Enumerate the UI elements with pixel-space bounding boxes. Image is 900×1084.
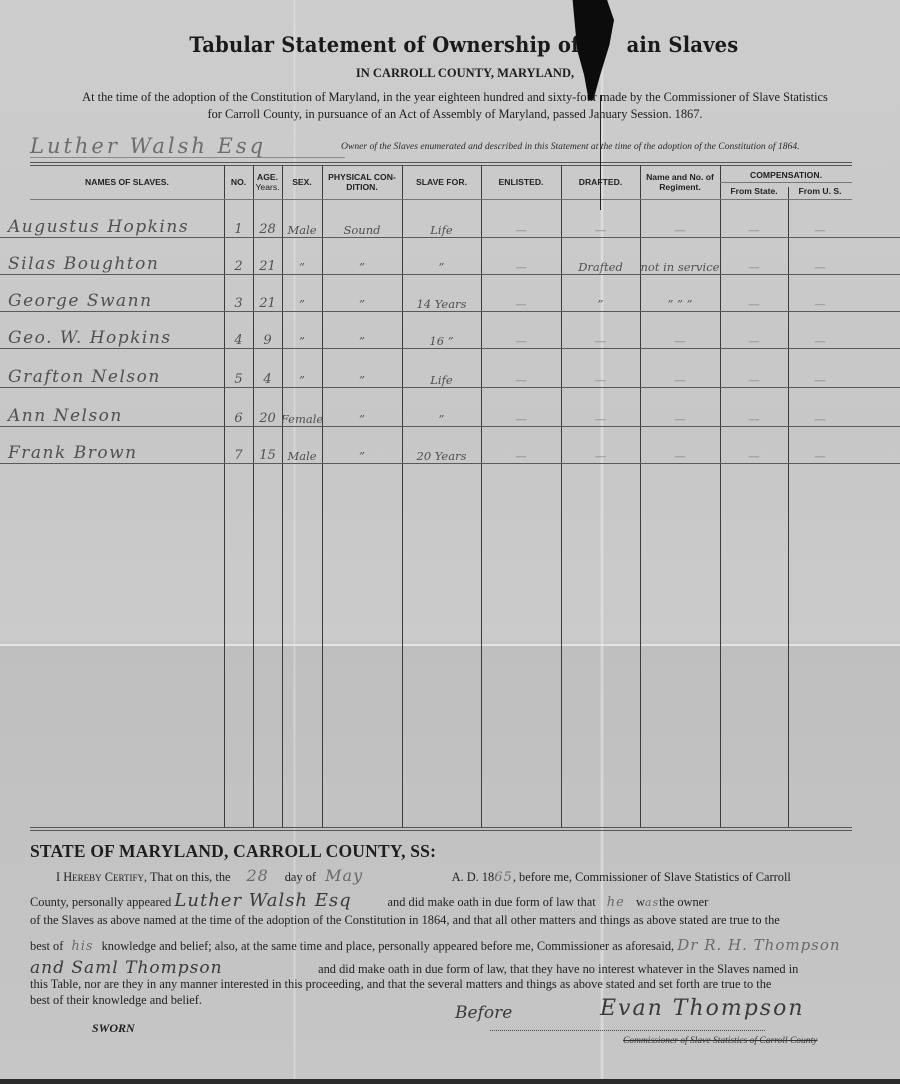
witness1-field: Dr R. H. Thompson bbox=[677, 936, 840, 954]
cell-regiment: — bbox=[640, 201, 720, 237]
header-compensation: COMPENSATION. bbox=[720, 167, 852, 182]
cell-sex: Female bbox=[282, 388, 322, 426]
witness2-field: and Saml Thompson bbox=[30, 958, 315, 978]
cell-name: Grafton Nelson bbox=[0, 349, 224, 387]
state-heading: STATE OF MARYLAND, CARROLL COUNTY, SS: bbox=[30, 841, 436, 862]
header-physical-condition: PHYSICAL CON-DITION. bbox=[322, 165, 402, 199]
header-age: AGE.Years. bbox=[253, 165, 282, 199]
cell-condition: ” bbox=[322, 427, 402, 463]
cell-sex: ” bbox=[282, 275, 322, 311]
cell-age: 4 bbox=[253, 349, 282, 387]
cell-name: Geo. W. Hopkins bbox=[0, 312, 224, 348]
cell-slave-for: 20 Years bbox=[402, 427, 481, 463]
cell-drafted: Drafted bbox=[561, 238, 640, 274]
cell-regiment: — bbox=[640, 427, 720, 463]
header-names: NAMES OF SLAVES. bbox=[30, 165, 224, 199]
cert-line-4: best of his knowledge and belief; also, … bbox=[30, 936, 856, 954]
cert-line-3: of the Slaves as above named at the time… bbox=[30, 913, 856, 928]
cell-from-us: — bbox=[788, 427, 852, 463]
cell-condition: ” bbox=[322, 349, 402, 387]
cert-line-5: and Saml Thompson and did make oath in d… bbox=[30, 958, 856, 978]
cell-no: 4 bbox=[224, 312, 253, 348]
cell-condition: ” bbox=[322, 388, 402, 426]
cell-regiment: not in service bbox=[640, 238, 720, 274]
cell-from-us: — bbox=[788, 388, 852, 426]
cert-line-6: this Table, nor are they in any manner i… bbox=[30, 977, 856, 992]
cell-regiment: — bbox=[640, 388, 720, 426]
cell-condition: ” bbox=[322, 312, 402, 348]
cell-no: 2 bbox=[224, 238, 253, 274]
cell-slave-for: Life bbox=[402, 349, 481, 387]
cell-name: Ann Nelson bbox=[0, 388, 224, 426]
cell-from-us: — bbox=[788, 349, 852, 387]
cell-age: 28 bbox=[253, 201, 282, 237]
cell-slave-for: ” bbox=[402, 388, 481, 426]
cell-enlisted: — bbox=[481, 349, 561, 387]
tear-crack bbox=[600, 95, 601, 210]
cell-from-us: — bbox=[788, 275, 852, 311]
cell-no: 5 bbox=[224, 349, 253, 387]
cell-age: 9 bbox=[253, 312, 282, 348]
cell-enlisted: — bbox=[481, 427, 561, 463]
owner-caption: Owner of the Slaves enumerated and descr… bbox=[341, 141, 800, 152]
cell-name: Silas Boughton bbox=[0, 238, 224, 274]
sworn-label: SWORN bbox=[92, 1021, 135, 1036]
appeared-name-field: Luther Walsh Esq bbox=[174, 890, 384, 911]
cell-sex: ” bbox=[282, 238, 322, 274]
cert-line-2: County, personally appeared Luther Walsh… bbox=[30, 890, 856, 911]
cell-name: Augustus Hopkins bbox=[0, 201, 224, 237]
cell-sex: ” bbox=[282, 349, 322, 387]
header-no: NO. bbox=[224, 165, 253, 199]
cell-slave-for: Life bbox=[402, 201, 481, 237]
table-bottom-rule bbox=[30, 827, 852, 831]
cell-from-us: — bbox=[788, 238, 852, 274]
cell-from-us: — bbox=[788, 312, 852, 348]
cell-regiment: — bbox=[640, 349, 720, 387]
cell-no: 3 bbox=[224, 275, 253, 311]
cell-condition: Sound bbox=[322, 201, 402, 237]
cell-drafted: — bbox=[561, 427, 640, 463]
cell-drafted: — bbox=[561, 312, 640, 348]
cell-slave-for: 14 Years bbox=[402, 275, 481, 311]
cell-age: 15 bbox=[253, 427, 282, 463]
cell-regiment: ” ” ” bbox=[640, 275, 720, 311]
cell-drafted: — bbox=[561, 388, 640, 426]
his-field: his bbox=[67, 939, 99, 954]
document-page: Tabular Statement of Ownership of Cain S… bbox=[0, 0, 900, 1084]
cell-age: 21 bbox=[253, 275, 282, 311]
cell-drafted: — bbox=[561, 349, 640, 387]
cell-from-state: — bbox=[720, 201, 788, 237]
year-field: 65 bbox=[494, 870, 513, 885]
slave-table: NAMES OF SLAVES. NO. AGE.Years. SEX. PHY… bbox=[0, 165, 900, 827]
scan-edge bbox=[0, 1079, 900, 1084]
signature-line bbox=[490, 1030, 765, 1031]
cell-drafted: ” bbox=[561, 275, 640, 311]
commissioner-title: Commissioner of Slave Statistics of Carr… bbox=[623, 1036, 817, 1046]
cell-no: 1 bbox=[224, 201, 253, 237]
cell-condition: ” bbox=[322, 238, 402, 274]
header-from-state: From State. bbox=[720, 183, 788, 199]
header-sex: SEX. bbox=[282, 165, 322, 199]
cell-sex: ” bbox=[282, 312, 322, 348]
header-from-us: From U. S. bbox=[788, 183, 852, 199]
cell-name: Frank Brown bbox=[0, 427, 224, 463]
document-subtitle: IN CARROLL COUNTY, MARYLAND, bbox=[0, 66, 900, 81]
document-title: Tabular Statement of Ownership of Cain S… bbox=[32, 32, 869, 57]
commissioner-signature: Evan Thompson bbox=[600, 996, 805, 1021]
header-slave-for: SLAVE FOR. bbox=[402, 165, 481, 199]
cell-condition: ” bbox=[322, 275, 402, 311]
cell-enlisted: — bbox=[481, 238, 561, 274]
cell-from-state: — bbox=[720, 427, 788, 463]
cell-sex: Male bbox=[282, 427, 322, 463]
cert-line-1: I Hereby Certify, That on this, the 28 d… bbox=[30, 866, 856, 885]
month-field: May bbox=[319, 866, 449, 885]
cell-regiment: — bbox=[640, 312, 720, 348]
cell-slave-for: ” bbox=[402, 238, 481, 274]
owner-line: Luther Walsh Esq Owner of the Slaves enu… bbox=[28, 134, 858, 160]
cell-slave-for: 16 ” bbox=[402, 312, 481, 348]
cell-from-state: — bbox=[720, 388, 788, 426]
cell-enlisted: — bbox=[481, 312, 561, 348]
cell-age: 21 bbox=[253, 238, 282, 274]
cell-from-state: — bbox=[720, 238, 788, 274]
cell-name: George Swann bbox=[0, 275, 224, 311]
cell-age: 20 bbox=[253, 388, 282, 426]
intro-text: At the time of the adoption of the Const… bbox=[30, 89, 880, 123]
owner-name-handwritten: Luther Walsh Esq bbox=[30, 134, 345, 158]
cell-enlisted: — bbox=[481, 275, 561, 311]
cell-no: 6 bbox=[224, 388, 253, 426]
header-regiment: Name and No. ofRegiment. bbox=[640, 165, 720, 199]
cell-from-us: — bbox=[788, 201, 852, 237]
cell-enlisted: — bbox=[481, 201, 561, 237]
header-enlisted: ENLISTED. bbox=[481, 165, 561, 199]
cell-sex: Male bbox=[282, 201, 322, 237]
cell-from-state: — bbox=[720, 312, 788, 348]
cell-from-state: — bbox=[720, 275, 788, 311]
before-handwritten: Before bbox=[455, 1003, 512, 1023]
day-field: 28 bbox=[234, 866, 282, 885]
cell-no: 7 bbox=[224, 427, 253, 463]
cell-enlisted: — bbox=[481, 388, 561, 426]
pronoun-field: he bbox=[599, 895, 633, 910]
cell-from-state: — bbox=[720, 349, 788, 387]
